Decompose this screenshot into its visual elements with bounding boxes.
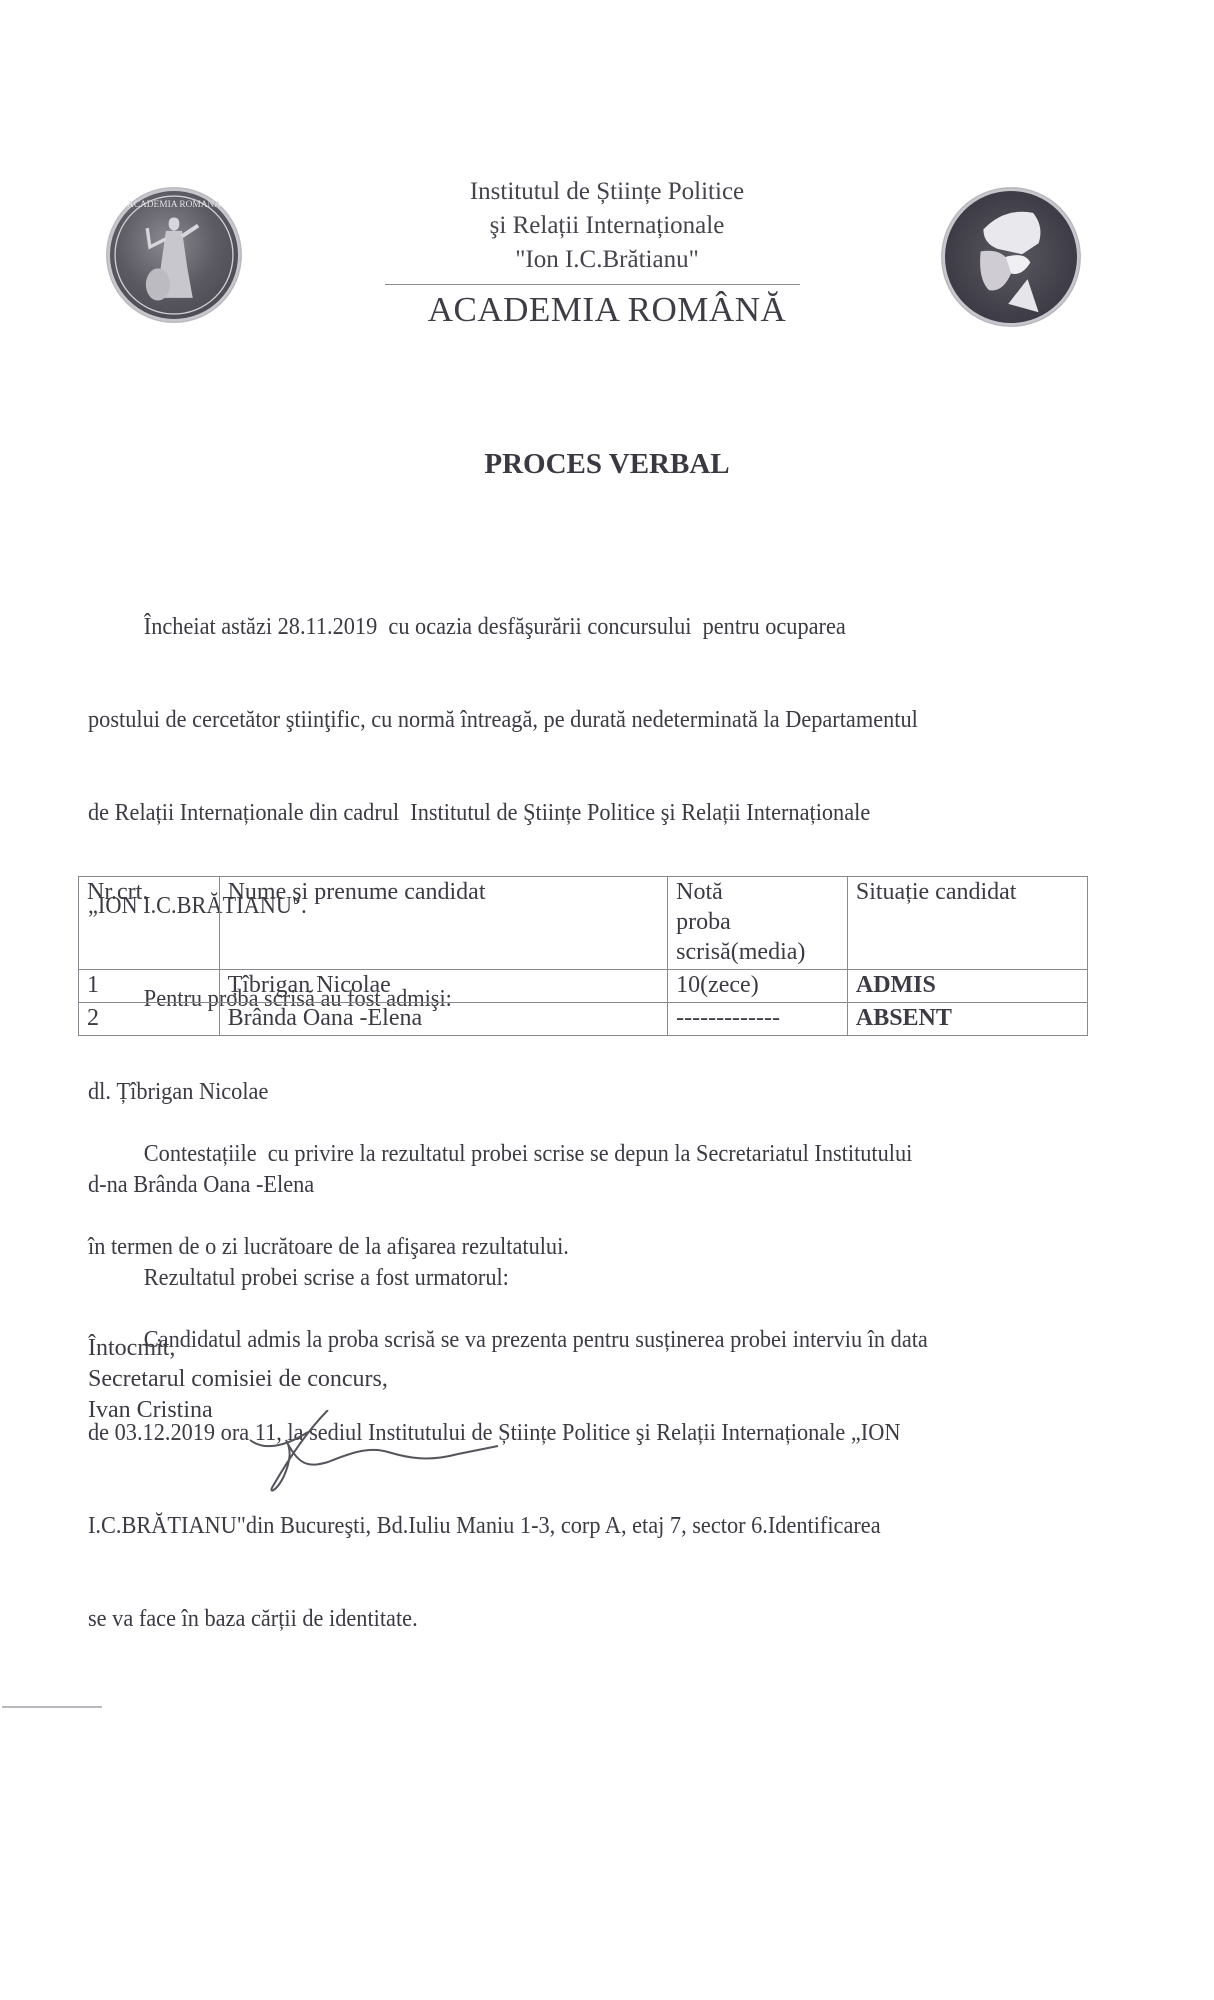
cell-name: Brânda Oana -Elena (219, 1003, 668, 1036)
intro-line: postului de cercetător ştiinţific, cu no… (88, 705, 1074, 736)
table-row: 2 Brânda Oana -Elena ------------- ABSEN… (79, 1003, 1088, 1036)
institute-name-line-2: şi Relații Internaționale (0, 212, 1214, 240)
intro-line: Încheiat astăzi 28.11.2019 cu ocazia des… (88, 612, 1074, 643)
closing-line: în termen de o zi lucrătoare de la afişa… (88, 1232, 1074, 1263)
header-grade: Notă proba scrisă(media) (668, 877, 848, 970)
closing-line: Contestațiile cu privire la rezultatul p… (88, 1139, 1074, 1170)
closing-line: I.C.BRĂTIANU"din Bucureşti, Bd.Iuliu Man… (88, 1511, 1074, 1542)
document-title: PROCES VERBAL (0, 448, 1214, 481)
cell-name: Țîbrigan Nicolae (219, 970, 668, 1003)
results-table: Nr.crt. Nume şi prenume candidat Notă pr… (78, 876, 1088, 1036)
prepared-label: Întocmit, (88, 1333, 388, 1364)
signer-role: Secretarul comisiei de concurs, (88, 1364, 388, 1395)
institute-name-line-1: Institutul de Științe Politice (0, 178, 1214, 206)
cell-grade: 10(zece) (668, 970, 848, 1003)
closing-line: se va face în baza cărții de identitate. (88, 1604, 1074, 1635)
header-status: Situație candidat (847, 877, 1087, 970)
cell-status: ABSENT (847, 1003, 1087, 1036)
cell-nr: 1 (79, 970, 220, 1003)
header-nr: Nr.crt. (79, 877, 220, 970)
cell-nr: 2 (79, 1003, 220, 1036)
header-divider (385, 284, 800, 285)
cell-status: ADMIS (847, 970, 1087, 1003)
cell-grade: ------------- (668, 1003, 848, 1036)
handwritten-signature-icon (228, 1410, 518, 1510)
table-row: 1 Țîbrigan Nicolae 10(zece) ADMIS (79, 970, 1088, 1003)
academy-name: ACADEMIA ROMÂNĂ (0, 290, 1214, 330)
scan-artifact-line (2, 1706, 102, 1708)
institute-name-line-3: "Ion I.C.Brătianu" (0, 246, 1214, 274)
header-name: Nume şi prenume candidat (219, 877, 668, 970)
table-header-row: Nr.crt. Nume şi prenume candidat Notă pr… (79, 877, 1088, 970)
intro-line: de Relații Internaționale din cadrul Ins… (88, 798, 1074, 829)
